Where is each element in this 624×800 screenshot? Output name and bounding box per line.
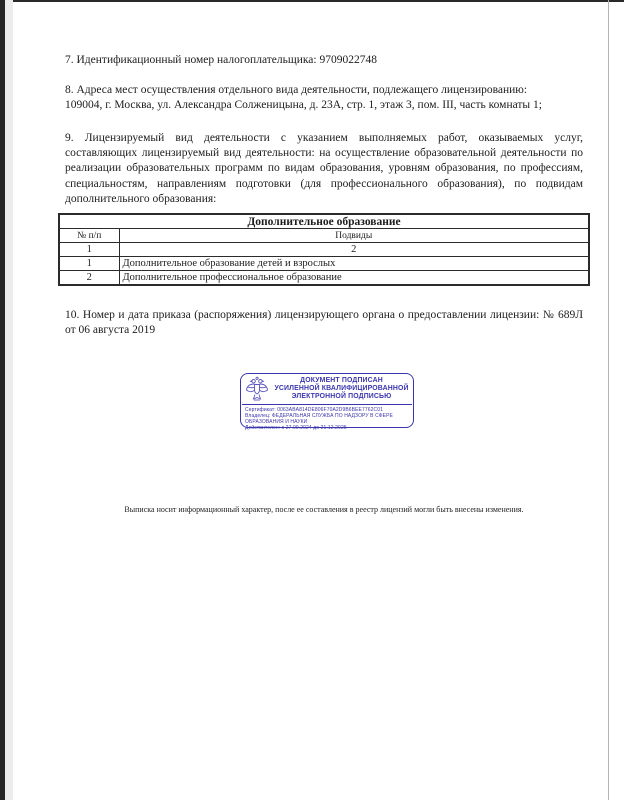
stamp-title-line2: УСИЛЕННОЙ КВАЛИФИЦИРОВАННОЙ	[270, 385, 413, 393]
item-9-text: 9. Лицензируемый вид деятельности с указ…	[65, 131, 583, 207]
table-header-row: № п/п Подвиды	[59, 229, 589, 243]
stamp-title: ДОКУМЕНТ ПОДПИСАН УСИЛЕННОЙ КВАЛИФИЦИРОВ…	[270, 374, 413, 401]
row-subtype: Дополнительное профессиональное образова…	[119, 271, 589, 286]
row-index: 2	[59, 271, 119, 286]
table-colnum-row: 1 2	[59, 243, 589, 257]
coat-of-arms-icon	[244, 376, 270, 402]
stamp-owner: Владелец: ФЕДЕРАЛЬНАЯ СЛУЖБА ПО НАДЗОРУ …	[245, 413, 409, 426]
row-subtype: Дополнительное образование детей и взрос…	[119, 257, 589, 271]
item-8-address: 109004, г. Москва, ул. Александра Солжен…	[65, 98, 583, 113]
table-row: 1 Дополнительное образование детей и взр…	[59, 257, 589, 271]
digital-signature-stamp: ДОКУМЕНТ ПОДПИСАН УСИЛЕННОЙ КВАЛИФИЦИРОВ…	[240, 373, 414, 428]
item-7-text: 7. Идентификационный номер налогоплатель…	[65, 53, 583, 68]
stamp-validity: Действителен: с 27.09.2024 до 21.12.2025	[245, 425, 409, 431]
stamp-title-line1: ДОКУМЕНТ ПОДПИСАН	[270, 377, 413, 385]
item-8-heading: 8. Адреса мест осуществления отдельного …	[65, 83, 583, 98]
footer-disclaimer: Выписка носит информационный характер, п…	[65, 505, 583, 514]
document-viewport: 7. Идентификационный номер налогоплатель…	[0, 0, 624, 800]
license-subtypes-table: Дополнительное образование № п/п Подвиды…	[58, 213, 590, 286]
table-row: 2 Дополнительное профессиональное образо…	[59, 271, 589, 286]
table-title-row: Дополнительное образование	[59, 214, 589, 229]
table-title: Дополнительное образование	[59, 214, 589, 229]
col-number-2: 2	[119, 243, 589, 257]
row-index: 1	[59, 257, 119, 271]
col-header-subtypes: Подвиды	[119, 229, 589, 243]
document-page: 7. Идентификационный номер налогоплатель…	[13, 2, 608, 800]
col-number-1: 1	[59, 243, 119, 257]
item-10-text: 10. Номер и дата приказа (распоряжения) …	[65, 308, 583, 338]
stamp-title-line3: ЭЛЕКТРОННОЙ ПОДПИСЬЮ	[270, 393, 413, 401]
col-header-number: № п/п	[59, 229, 119, 243]
window-top-edge	[0, 0, 624, 2]
page-right-border	[608, 0, 609, 800]
page-left-gutter	[5, 0, 13, 800]
